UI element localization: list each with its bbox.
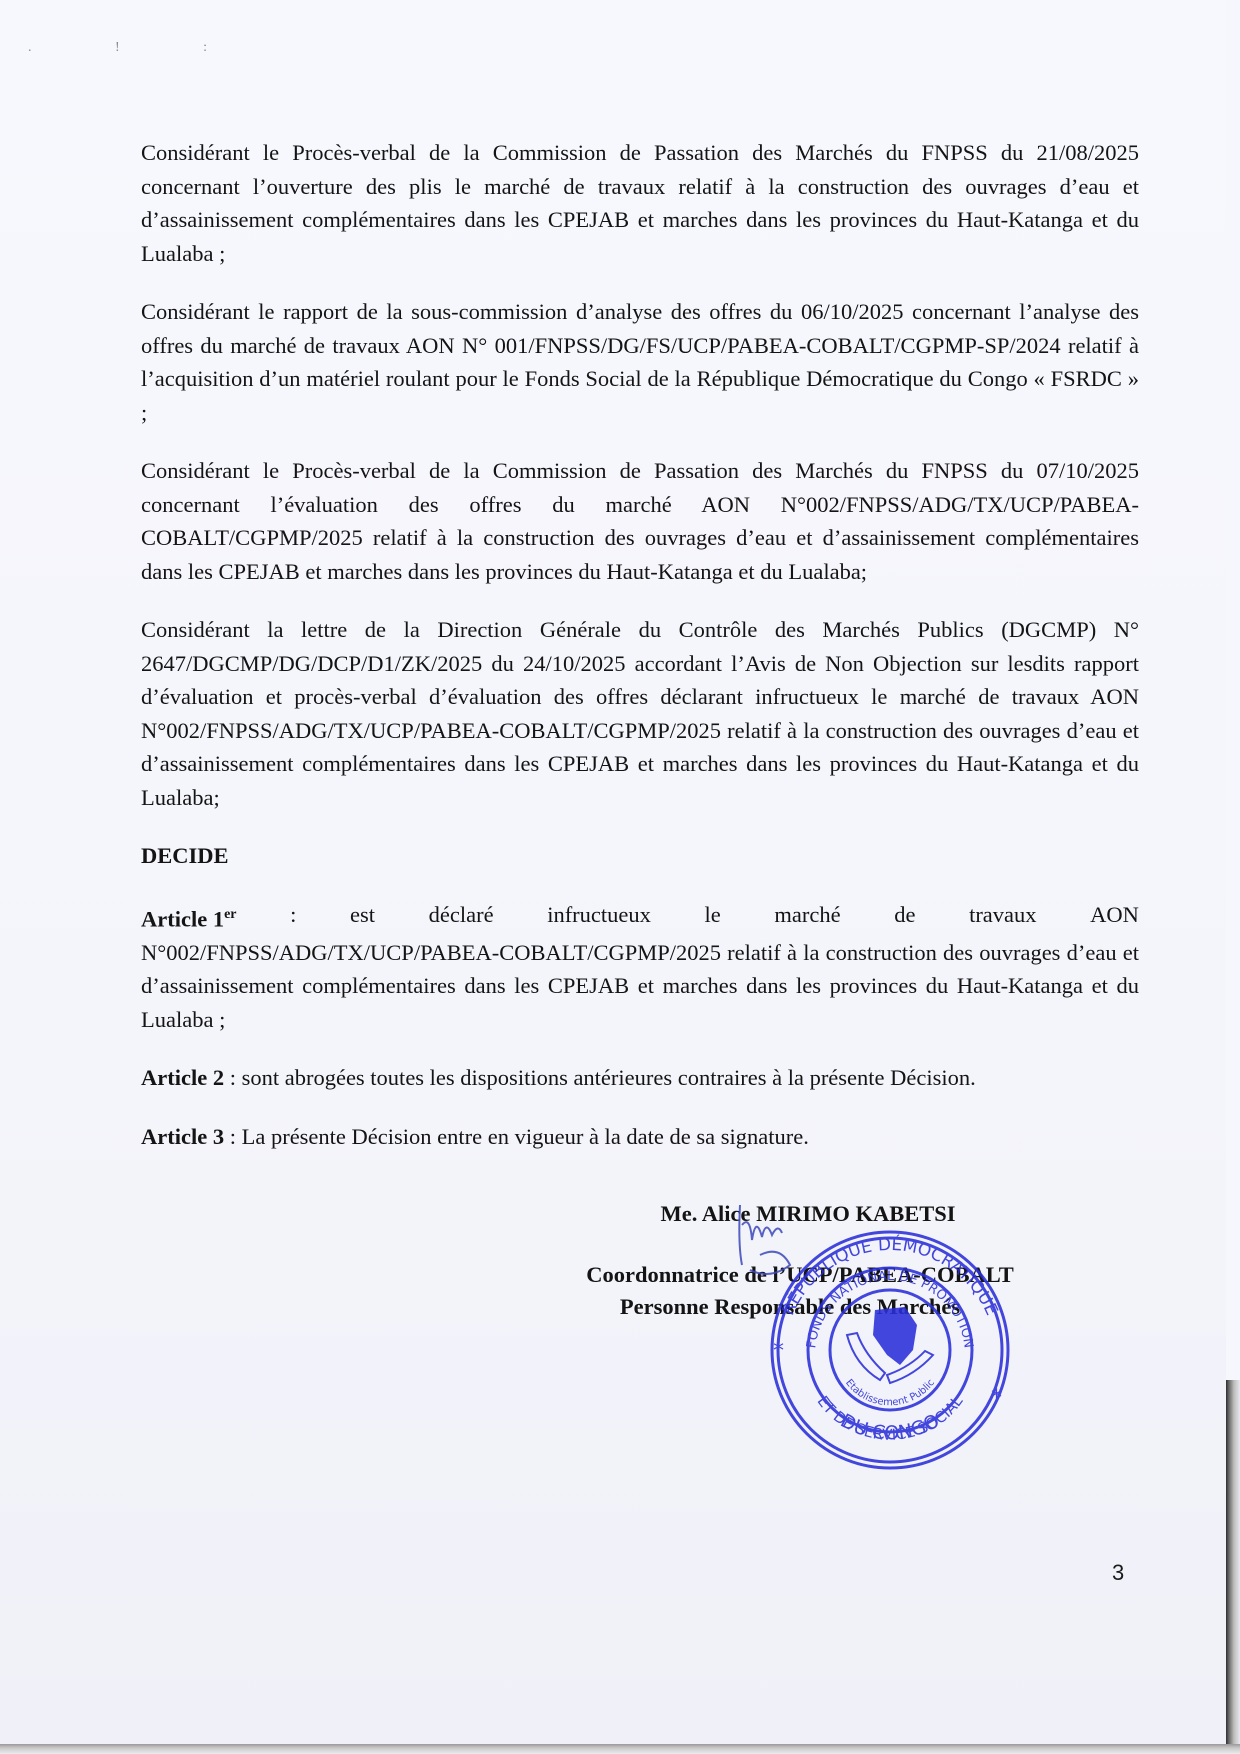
consideration-paragraph: Considérant la lettre de la Direction Gé… xyxy=(141,613,1139,814)
article-1-word: est xyxy=(350,898,375,936)
consideration-paragraph: Considérant le Procès-verbal de la Commi… xyxy=(141,136,1139,270)
article-3-label: Article 3 xyxy=(141,1124,224,1149)
article-1-word: le xyxy=(705,898,721,936)
article-1-text: N°002/FNPSS/ADG/TX/UCP/PABEA-COBALT/CGPM… xyxy=(141,936,1139,1037)
article-1-word: déclaré xyxy=(429,898,494,936)
article-2: Article 2 : sont abrogées toutes les dis… xyxy=(141,1061,1139,1095)
page-number: 3 xyxy=(1112,1560,1124,1586)
article-1-word: infructueux xyxy=(547,898,651,936)
document-body: Considérant le Procès-verbal de la Commi… xyxy=(141,136,1139,1178)
article-3: Article 3 : La présente Décision entre e… xyxy=(141,1120,1139,1154)
article-1-word: de xyxy=(894,898,915,936)
article-3-text: : La présente Décision entre en vigueur … xyxy=(224,1124,809,1149)
article-1-first-line: Article 1er :estdéclaréinfructueuxlemarc… xyxy=(141,898,1139,936)
signatory-name: Me. Alice MIRIMO KABETSI xyxy=(598,1201,1018,1227)
scan-edge-shadow-bottom xyxy=(0,1744,1240,1754)
article-2-label: Article 2 xyxy=(141,1065,224,1090)
article-2-text: : sont abrogées toutes les dispositions … xyxy=(224,1065,976,1090)
scan-edge-shadow-right xyxy=(1226,1380,1240,1754)
consideration-paragraph: Considérant le Procès-verbal de la Commi… xyxy=(141,454,1139,588)
scan-marks: . ! : xyxy=(28,40,247,56)
article-1-word: travaux xyxy=(969,898,1036,936)
consideration-paragraph: Considérant le rapport de la sous-commis… xyxy=(141,295,1139,429)
article-1-word: marché xyxy=(774,898,840,936)
signatory-title: Coordonnatrice de l’UCP/PABEA-COBALT xyxy=(540,1262,1060,1288)
signatory-role: Personne Responsable des Marchés xyxy=(560,1294,1020,1320)
article-1-word: AON xyxy=(1090,898,1139,936)
decide-heading: DECIDE xyxy=(141,839,1139,873)
article-1-label: Article 1er xyxy=(141,898,237,936)
article-1: Article 1er :estdéclaréinfructueuxlemarc… xyxy=(141,898,1139,1037)
article-1-word: : xyxy=(290,898,296,936)
